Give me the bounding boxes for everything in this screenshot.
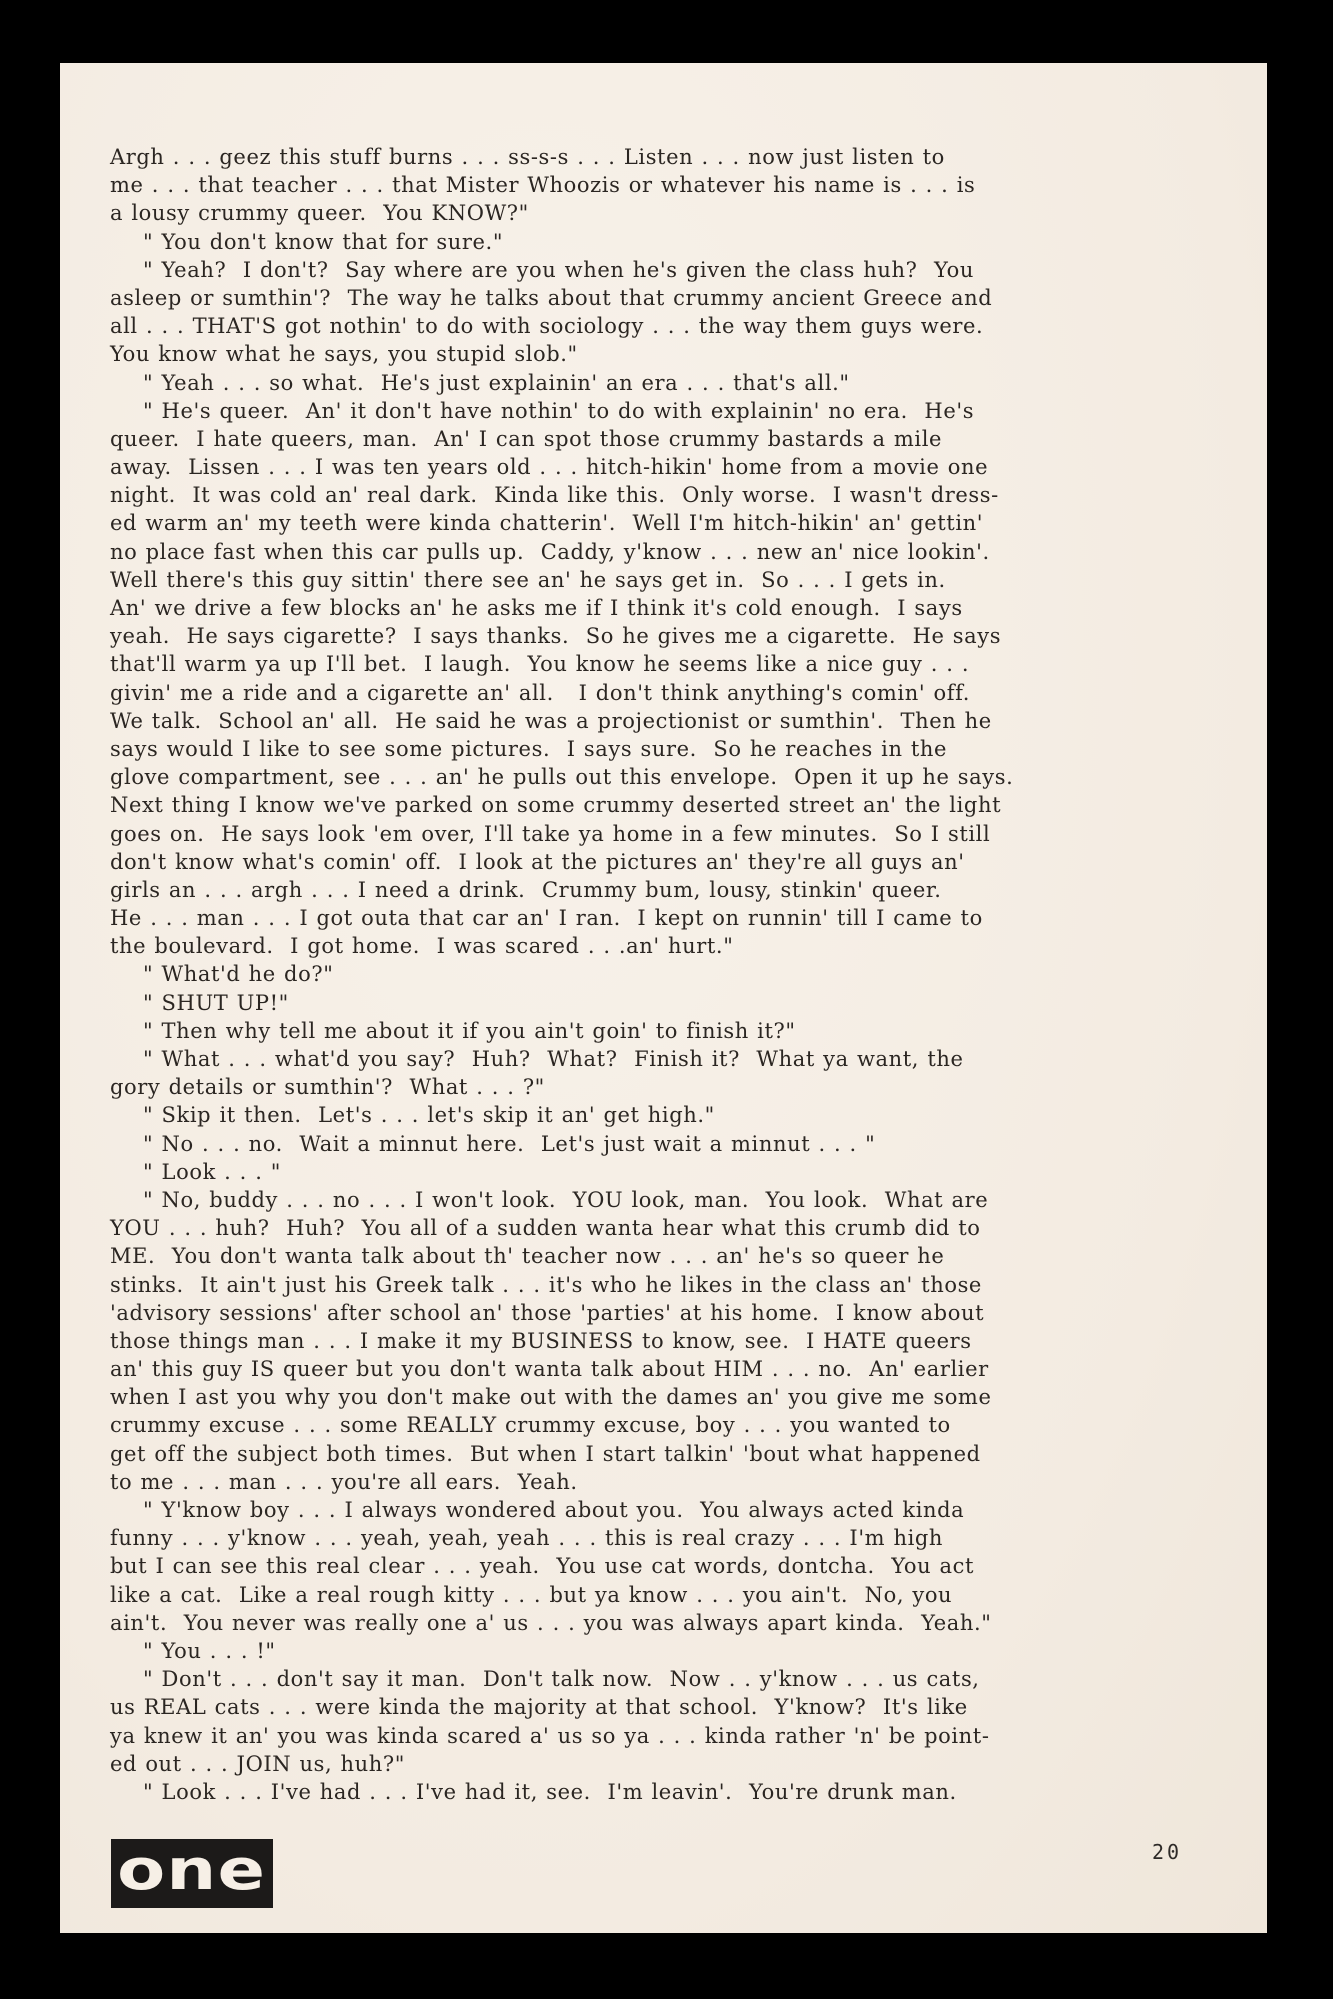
text-line: " Yeah . . . so what. He's just explaini… <box>110 369 1220 397</box>
text-line: " No . . . no. Wait a minnut here. Let's… <box>110 1130 1220 1158</box>
text-line: givin' me a ride and a cigarette an' all… <box>110 679 1220 707</box>
text-line: away. Lissen . . . I was ten years old .… <box>110 453 1220 481</box>
page-number: 20 <box>1152 1840 1182 1864</box>
text-line: ME. You don't wanta talk about th' teach… <box>110 1242 1220 1270</box>
text-line: " SHUT UP!" <box>110 989 1220 1017</box>
text-line: " Don't . . . don't say it man. Don't ta… <box>110 1665 1220 1693</box>
text-line: 'advisory sessions' after school an' tho… <box>110 1299 1220 1327</box>
text-line: all . . . THAT'S got nothin' to do with … <box>110 312 1220 340</box>
text-line: ed out . . . JOIN us, huh?" <box>110 1750 1220 1778</box>
text-line: " You . . . !" <box>110 1637 1220 1665</box>
text-line: " Yeah? I don't? Say where are you when … <box>110 256 1220 284</box>
text-line: ain't. You never was really one a' us . … <box>110 1609 1220 1637</box>
text-line: a lousy crummy queer. You KNOW?" <box>110 199 1220 227</box>
text-line: goes on. He says look 'em over, I'll tak… <box>110 820 1220 848</box>
text-line: stinks. It ain't just his Greek talk . .… <box>110 1271 1220 1299</box>
text-line: You know what he says, you stupid slob." <box>110 340 1220 368</box>
text-line: says would I like to see some pictures. … <box>110 735 1220 763</box>
text-line: asleep or sumthin'? The way he talks abo… <box>110 284 1220 312</box>
text-line: " Skip it then. Let's . . . let's skip i… <box>110 1101 1220 1129</box>
body-text: Argh . . . geez this stuff burns . . . s… <box>110 143 1230 1806</box>
text-line: An' we drive a few blocks an' he asks me… <box>110 594 1220 622</box>
text-line: Argh . . . geez this stuff burns . . . s… <box>110 143 1220 171</box>
magazine-logo: one <box>111 1839 273 1908</box>
text-line: me . . . that teacher . . . that Mister … <box>110 171 1220 199</box>
text-line: but I can see this real clear . . . yeah… <box>110 1552 1220 1580</box>
text-line: " What . . . what'd you say? Huh? What? … <box>110 1045 1220 1073</box>
text-line: no place fast when this car pulls up. Ca… <box>110 538 1220 566</box>
text-line: when I ast you why you don't make out wi… <box>110 1383 1220 1411</box>
text-line: " He's queer. An' it don't have nothin' … <box>110 397 1220 425</box>
text-line: " No, buddy . . . no . . . I won't look.… <box>110 1186 1220 1214</box>
magazine-page: Argh . . . geez this stuff burns . . . s… <box>60 63 1267 1933</box>
text-line: ya knew it an' you was kinda scared a' u… <box>110 1722 1220 1750</box>
text-line: Next thing I know we've parked on some c… <box>110 791 1220 819</box>
text-line: yeah. He says cigarette? I says thanks. … <box>110 622 1220 650</box>
text-line: " What'd he do?" <box>110 960 1220 988</box>
text-line: " Y'know boy . . . I always wondered abo… <box>110 1496 1220 1524</box>
text-line: " Then why tell me about it if you ain't… <box>110 1017 1220 1045</box>
text-line: YOU . . . huh? Huh? You all of a sudden … <box>110 1214 1220 1242</box>
logo-text: one <box>117 1843 266 1899</box>
text-line: like a cat. Like a real rough kitty . . … <box>110 1581 1220 1609</box>
text-line: He . . . man . . . I got outa that car a… <box>110 904 1220 932</box>
text-line: " Look . . . I've had . . . I've had it,… <box>110 1778 1220 1806</box>
text-line: an' this guy IS queer but you don't want… <box>110 1355 1220 1383</box>
text-line: crummy excuse . . . some REALLY crummy e… <box>110 1411 1220 1439</box>
text-line: those things man . . . I make it my BUSI… <box>110 1327 1220 1355</box>
text-line: get off the subject both times. But when… <box>110 1440 1220 1468</box>
text-line: " Look . . . " <box>110 1158 1220 1186</box>
text-line: " You don't know that for sure." <box>110 228 1220 256</box>
text-line: that'll warm ya up I'll bet. I laugh. Yo… <box>110 650 1220 678</box>
text-line: us REAL cats . . . were kinda the majori… <box>110 1693 1220 1721</box>
text-line: night. It was cold an' real dark. Kinda … <box>110 481 1220 509</box>
text-line: don't know what's comin' off. I look at … <box>110 848 1220 876</box>
text-line: Well there's this guy sittin' there see … <box>110 566 1220 594</box>
text-line: girls an . . . argh . . . I need a drink… <box>110 876 1220 904</box>
text-line: glove compartment, see . . . an' he pull… <box>110 763 1220 791</box>
text-line: We talk. School an' all. He said he was … <box>110 707 1220 735</box>
text-line: the boulevard. I got home. I was scared … <box>110 932 1220 960</box>
text-line: queer. I hate queers, man. An' I can spo… <box>110 425 1220 453</box>
text-line: to me . . . man . . . you're all ears. Y… <box>110 1468 1220 1496</box>
text-line: funny . . . y'know . . . yeah, yeah, yea… <box>110 1524 1220 1552</box>
text-line: ed warm an' my teeth were kinda chatteri… <box>110 509 1220 537</box>
text-line: gory details or sumthin'? What . . . ?" <box>110 1073 1220 1101</box>
